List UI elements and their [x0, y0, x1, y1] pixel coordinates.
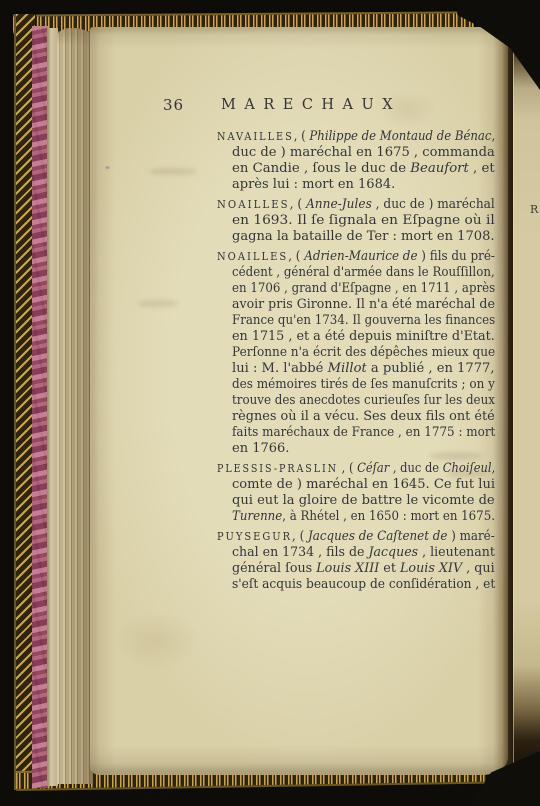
body-text: s'eſt acquis beaucoup de conſidération ,… — [232, 577, 495, 592]
body-text: , à Rhétel , en 1650 : mort en 1675. — [282, 509, 495, 524]
text-line-content: en Candie , ſous le duc de Beaufort , et — [232, 161, 495, 177]
text-line-content: en 1693. Il ſe ſignala en Eſpagne où il — [232, 213, 495, 229]
entry-headword: PLESSIS-PRASLIN — [217, 462, 338, 475]
italic-name: Céſar — [357, 461, 389, 476]
italic-name: Jacques — [368, 545, 418, 560]
body-text: , duc de ) maréchal — [372, 197, 495, 212]
text-line-content: NOAILLES, ( Adrien-Maurice de ) fils du … — [217, 249, 495, 265]
text-line-content: en 1715 , et a été depuis miniſtre d'Eta… — [232, 329, 495, 345]
text-line: en 1706 , grand d'Eſpagne , en 1711 , ap… — [232, 281, 495, 297]
text-line-content: s'eſt acquis beaucoup de conſidération ,… — [232, 577, 495, 593]
body-text: en 1766. — [232, 441, 289, 456]
text-line: en Candie , ſous le duc de Beaufort , et — [232, 161, 495, 177]
body-text: en 1693. Il ſe ſignala en Eſpagne où il — [232, 213, 495, 228]
text-block: NAVAILLES, ( Philippe de Montaud de Béna… — [217, 129, 495, 597]
text-line: en 1693. Il ſe ſignala en Eſpagne où il — [232, 213, 495, 229]
text-line: chal en 1734 , fils de Jacques , lieuten… — [232, 545, 495, 561]
body-text: , ( — [338, 461, 357, 476]
body-text: règnes où il a vécu. Ses deux fils ont é… — [232, 409, 495, 424]
body-text: faits maréchaux de France , en 1775 : mo… — [232, 425, 495, 440]
text-line: comte de ) maréchal en 1645. Ce fut lui — [232, 477, 495, 493]
text-line-content: règnes où il a vécu. Ses deux fils ont é… — [232, 409, 495, 425]
body-text: Perſonne n'a écrit des dépêches mieux qu… — [232, 345, 495, 360]
text-line-content: faits maréchaux de France , en 1775 : mo… — [232, 425, 495, 441]
body-text: trouve des anecdotes curieuſes ſur les d… — [232, 393, 495, 408]
text-line-content: NOAILLES, ( Anne-Jules , duc de ) maréch… — [217, 197, 495, 213]
text-line: s'eſt acquis beaucoup de conſidération ,… — [232, 577, 495, 593]
dictionary-entry: NOAILLES, ( Adrien-Maurice de ) fils du … — [217, 249, 495, 457]
text-line: en 1766. — [232, 441, 495, 457]
body-text: avoir pris Gironne. Il n'a été maréchal … — [232, 297, 495, 312]
text-line: NOAILLES, ( Adrien-Maurice de ) fils du … — [217, 249, 495, 265]
marbled-endpaper-strip — [32, 26, 48, 788]
body-text: , duc de — [389, 461, 443, 476]
text-line-content: PUYSEGUR, ( Jacques de Caſtenet de ) mar… — [217, 529, 495, 545]
text-line: duc de ) maréchal en 1675 , commanda — [232, 145, 495, 161]
text-line-content: Perſonne n'a écrit des dépêches mieux qu… — [232, 345, 495, 361]
text-line: PUYSEGUR, ( Jacques de Caſtenet de ) mar… — [217, 529, 495, 545]
dictionary-entry: PLESSIS-PRASLIN , ( Céſar , duc de Choiſ… — [217, 461, 495, 525]
italic-name: Millot — [328, 361, 367, 376]
text-line-content: en 1706 , grand d'Eſpagne , en 1711 , ap… — [232, 281, 495, 297]
text-line: général ſous Louis XIII et Louis XIV , q… — [232, 561, 495, 577]
body-text: qui eut la gloire de battre le vicomte d… — [232, 493, 495, 508]
italic-name: Choiſeul — [443, 461, 492, 476]
entry-headword: NAVAILLES — [217, 130, 294, 143]
book-page: 36 MARECHAUX NAVAILLES, ( Philippe de Mo… — [90, 27, 508, 775]
facing-page-letter: R — [530, 203, 538, 216]
body-text: et — [379, 561, 400, 576]
italic-name: Jacques de Caſtenet de — [308, 529, 447, 544]
body-text: , ( — [290, 197, 306, 212]
entry-headword: PUYSEGUR — [217, 530, 292, 543]
body-text: des mémoires tirés de ſes manuſcrits ; o… — [232, 377, 495, 392]
running-title: MARECHAUX — [221, 97, 401, 113]
text-line-content: trouve des anecdotes curieuſes ſur les d… — [232, 393, 495, 409]
text-line-content: duc de ) maréchal en 1675 , commanda — [232, 145, 495, 161]
text-line: règnes où il a vécu. Ses deux fils ont é… — [232, 409, 495, 425]
page-number: 36 — [163, 96, 184, 114]
text-line-content: chal en 1734 , fils de Jacques , lieuten… — [232, 545, 495, 561]
text-line: gagna la bataille de Ter : mort en 1708. — [232, 229, 495, 245]
text-line: NAVAILLES, ( Philippe de Montaud de Béna… — [217, 129, 495, 145]
body-text: comte de ) maréchal en 1645. Ce fut lui — [232, 477, 495, 492]
text-line-content: lui : M. l'abbé Millot a publié , en 177… — [232, 361, 495, 377]
body-text: , ( — [288, 249, 304, 264]
text-line: faits maréchaux de France , en 1775 : mo… — [232, 425, 495, 441]
text-line-content: cédent , général d'armée dans le Rouſſil… — [232, 265, 495, 281]
text-line: avoir pris Gironne. Il n'a été maréchal … — [232, 297, 495, 313]
text-line: des mémoires tirés de ſes manuſcrits ; o… — [232, 377, 495, 393]
text-line-content: qui eut la gloire de battre le vicomte d… — [232, 493, 495, 509]
text-line: NOAILLES, ( Anne-Jules , duc de ) maréch… — [217, 197, 495, 213]
dictionary-entry: NAVAILLES, ( Philippe de Montaud de Béna… — [217, 129, 495, 193]
body-text: France qu'en 1734. Il gouverna les finan… — [232, 313, 495, 328]
italic-name: Philippe de Montaud de Bénac — [309, 129, 491, 144]
body-text: ) fils du pré- — [418, 249, 495, 264]
italic-name: Louis XIV — [400, 561, 462, 576]
text-line: trouve des anecdotes curieuſes ſur les d… — [232, 393, 495, 409]
body-text: après lui : mort en 1684. — [232, 177, 395, 192]
italic-name: Beaufort — [410, 161, 469, 176]
text-line: France qu'en 1734. Il gouverna les finan… — [232, 313, 495, 329]
text-line: cédent , général d'armée dans le Rouſſil… — [232, 265, 495, 281]
text-line-content: en 1766. — [232, 441, 289, 457]
body-text: en 1706 , grand d'Eſpagne , en 1711 , ap… — [232, 281, 495, 296]
italic-name: Louis XIII — [316, 561, 379, 576]
body-text: , qui — [462, 561, 495, 576]
body-text: a publié , en 1777, — [367, 361, 495, 376]
body-text: cédent , général d'armée dans le Rouſſil… — [232, 265, 495, 280]
body-text: en 1715 , et a été depuis miniſtre d'Eta… — [232, 329, 495, 344]
text-line: lui : M. l'abbé Millot a publié , en 177… — [232, 361, 495, 377]
body-text: duc de ) maréchal en 1675 , commanda — [232, 145, 495, 160]
body-text: ) maré- — [447, 529, 494, 544]
body-text: lui : M. l'abbé — [232, 361, 328, 376]
body-text: , ( — [294, 129, 310, 144]
text-line: qui eut la gloire de battre le vicomte d… — [232, 493, 495, 509]
text-line: PLESSIS-PRASLIN , ( Céſar , duc de Choiſ… — [217, 461, 495, 477]
text-line-content: avoir pris Gironne. Il n'a été maréchal … — [232, 297, 495, 313]
text-line-content: PLESSIS-PRASLIN , ( Céſar , duc de Choiſ… — [217, 461, 495, 477]
body-text: général ſous — [232, 561, 316, 576]
body-text: gagna la bataille de Ter : mort en 1708. — [232, 229, 495, 244]
text-line-content: gagna la bataille de Ter : mort en 1708. — [232, 229, 495, 245]
text-line-content: des mémoires tirés de ſes manuſcrits ; o… — [232, 377, 495, 393]
body-text: , ( — [292, 529, 308, 544]
text-line-content: France qu'en 1734. Il gouverna les finan… — [232, 313, 495, 329]
italic-name: Turenne — [232, 509, 282, 524]
italic-name: Anne-Jules — [306, 197, 372, 212]
dictionary-entry: NOAILLES, ( Anne-Jules , duc de ) maréch… — [217, 197, 495, 245]
text-line: après lui : mort en 1684. — [232, 177, 495, 193]
italic-name: Adrien-Maurice de — [304, 249, 417, 264]
entry-headword: NOAILLES — [217, 250, 288, 263]
body-text: , lieutenant — [418, 545, 495, 560]
text-line: en 1715 , et a été depuis miniſtre d'Eta… — [232, 329, 495, 345]
entry-headword: NOAILLES — [217, 198, 290, 211]
text-line-content: général ſous Louis XIII et Louis XIV , q… — [232, 561, 495, 577]
ink-bleed-smudge — [150, 168, 196, 175]
book-photo: 36 MARECHAUX NAVAILLES, ( Philippe de Mo… — [0, 0, 540, 806]
text-line: Turenne, à Rhétel , en 1650 : mort en 16… — [232, 509, 495, 525]
gutter-shadow — [493, 27, 515, 775]
text-line-content: après lui : mort en 1684. — [232, 177, 395, 193]
ink-bleed-smudge — [138, 300, 178, 307]
text-line: Perſonne n'a écrit des dépêches mieux qu… — [232, 345, 495, 361]
text-line-content: NAVAILLES, ( Philippe de Montaud de Béna… — [217, 129, 495, 145]
body-text: , et — [469, 161, 495, 176]
text-line-content: Turenne, à Rhétel , en 1650 : mort en 16… — [232, 509, 495, 525]
body-text: en Candie , ſous le duc de — [232, 161, 410, 176]
facing-page-sliver: R — [513, 40, 540, 770]
page-fore-edge-stack — [57, 28, 93, 784]
text-line-content: comte de ) maréchal en 1645. Ce fut lui — [232, 477, 495, 493]
dictionary-entry: PUYSEGUR, ( Jacques de Caſtenet de ) mar… — [217, 529, 495, 593]
body-text: chal en 1734 , fils de — [232, 545, 368, 560]
